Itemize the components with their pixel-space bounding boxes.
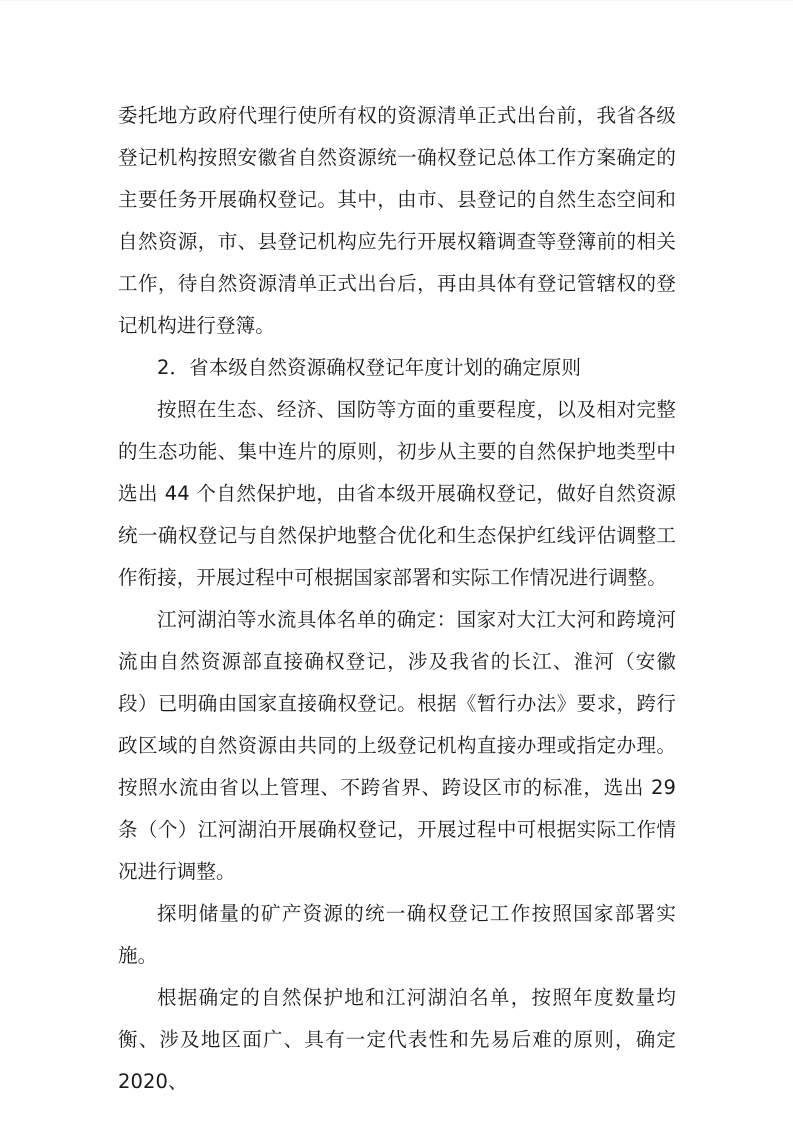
- body-paragraph-continuation: 委托地方政府代理行使所有权的资源清单正式出台前，我省各级登记机构按照安徽省自然资…: [118, 95, 676, 347]
- document-page: 委托地方政府代理行使所有权的资源清单正式出台前，我省各级登记机构按照安徽省自然资…: [0, 0, 793, 1122]
- body-paragraph: 江河湖泊等水流具体名单的确定：国家对大江大河和跨境河流由自然资源部直接确权登记，…: [118, 599, 676, 893]
- body-paragraph: 探明储量的矿产资源的统一确权登记工作按照国家部署实施。: [118, 893, 676, 977]
- body-paragraph: 根据确定的自然保护地和江河湖泊名单，按照年度数量均衡、涉及地区面广、具有一定代表…: [118, 977, 676, 1103]
- body-paragraph: 按照在生态、经济、国防等方面的重要程度，以及相对完整的生态功能、集中连片的原则，…: [118, 389, 676, 599]
- numbered-subheading: 2．省本级自然资源确权登记年度计划的确定原则: [118, 347, 676, 389]
- document-body: 委托地方政府代理行使所有权的资源清单正式出台前，我省各级登记机构按照安徽省自然资…: [118, 95, 676, 1103]
